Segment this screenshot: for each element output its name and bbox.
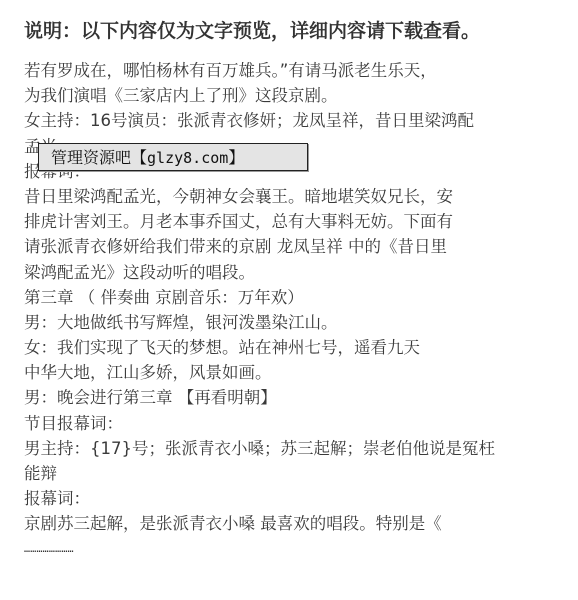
text-line: 排虎计害刘王。月老本事乔国丈，总有大事料无妨。下面有 (24, 209, 554, 234)
text-line: 男：大地做纸书写辉煌，银河泼墨染江山。 (24, 310, 554, 335)
watermark-domain: glzy8.com (147, 149, 228, 167)
text-line: 节目报幕词： (24, 411, 554, 436)
watermark-bracket-close: 】 (228, 148, 244, 167)
document-body: 若有罗成在，哪怕杨林有百万雄兵。”有请马派老生乐天， 为我们演唱《三家店内上了刑… (24, 58, 554, 562)
text-line: 第三章 （ 伴奏曲 京剧音乐：万年欢） (24, 285, 554, 310)
text-line: 为我们演唱《三家店内上了刑》这段京剧。 (24, 83, 554, 108)
text-line: 中华大地，江山多娇，风景如画。 (24, 360, 554, 385)
truncation-ellipsis: …………………… (24, 537, 554, 562)
watermark-bracket-open: 【 (131, 148, 147, 167)
text-line: 男：晚会进行第三章 【再看明朝】 (24, 385, 554, 410)
text-line: 男主持：{17}号；张派青衣小嗓；苏三起解；崇老伯他说是冤枉 (24, 436, 554, 461)
watermark-banner: 管理资源吧【glzy8.com】 (38, 143, 308, 171)
preview-notice-title: 说明：以下内容仅为文字预览，详细内容请下载查看。 (24, 16, 480, 43)
text-line: 京剧苏三起解，是张派青衣小嗓 最喜欢的唱段。特别是《 (24, 511, 554, 536)
text-line: 梁鸿配孟光》这段动听的唱段。 (24, 260, 554, 285)
text-line: 报幕词： (24, 486, 554, 511)
text-line: 昔日里梁鸿配孟光，今朝神女会襄王。暗地堪笑奴兄长，安 (24, 184, 554, 209)
watermark-site-name: 管理资源吧 (51, 148, 131, 167)
text-line: 女：我们实现了飞天的梦想。站在神州七号，遥看九天 (24, 335, 554, 360)
text-line: 能辩 (24, 461, 554, 486)
text-line: 若有罗成在，哪怕杨林有百万雄兵。”有请马派老生乐天， (24, 58, 554, 83)
text-line: 女主持：16号演员：张派青衣修妍；龙凤呈祥，昔日里梁鸿配 (24, 108, 554, 133)
text-line: 请张派青衣修妍给我们带来的京剧 龙凤呈祥 中的《昔日里 (24, 234, 554, 259)
